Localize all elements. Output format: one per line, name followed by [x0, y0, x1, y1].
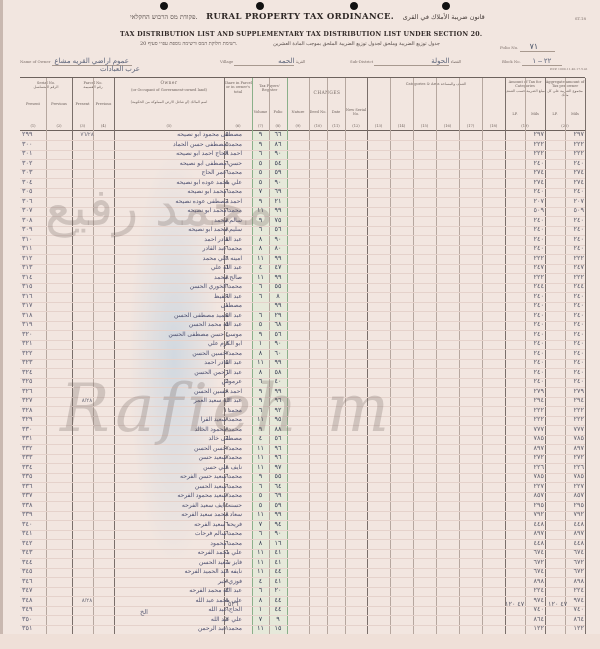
- share-cell: ٨: [220, 463, 234, 473]
- serial-number-cell: ٣٥٠: [22, 615, 46, 625]
- tax-amount-cell: ٢٩٤: [510, 396, 544, 406]
- parcel-number-cell: [72, 282, 102, 292]
- parcel-number-cell: [72, 482, 102, 492]
- tax-amount-cell: ٧٩٢: [510, 510, 544, 520]
- column-divider: [585, 78, 586, 634]
- serial-number-cell: ٣٠٤: [22, 178, 46, 188]
- tax-amount-cell: ٢٤٠: [510, 358, 544, 368]
- punch-hole: [442, 2, 450, 10]
- header-parcel-present: Present: [72, 102, 93, 106]
- volume-cell: ٨: [252, 349, 269, 359]
- volume-cell: ٥: [252, 491, 269, 501]
- share-cell: ٨: [220, 339, 234, 349]
- folio-cell: ٩٦: [269, 453, 287, 463]
- tax-amount-cell: ٢٢٢: [510, 273, 544, 283]
- folio-value: ٧١: [530, 42, 539, 51]
- share-total: ٥٢٦: [228, 600, 238, 608]
- tax-amount-cell: ٢٤٠: [510, 225, 544, 235]
- share-cell: ٢: [220, 586, 234, 596]
- volume-cell: ١١: [252, 510, 269, 520]
- volume-cell: ٨: [252, 539, 269, 549]
- tax-amount-cell: ٢٢٢: [510, 140, 544, 150]
- table-header: Serial No. الرقم المتسلسل Present Previo…: [20, 78, 585, 131]
- serial-number-cell: ٣١١: [22, 244, 46, 254]
- aggregate-tax-cell: ٢٢٤: [550, 586, 584, 596]
- folio-cell: ٢٩: [269, 311, 287, 321]
- aggregate-tax-cell: ٥٠٩: [550, 206, 584, 216]
- share-cell: ٦: [220, 168, 234, 178]
- serial-number-cell: ٣٠٩: [22, 225, 46, 235]
- aggregate-tax-cell: ٢٤٠: [550, 244, 584, 254]
- volume-cell: ١١: [252, 548, 269, 558]
- col-num-3: (3): [72, 124, 93, 128]
- share-cell: ٥: [220, 130, 234, 140]
- tax-amount-cell: ٢٤٠: [510, 159, 544, 169]
- tax-amount-cell: ٢٢٢: [510, 406, 544, 416]
- folio-cell: ٤١: [269, 577, 287, 587]
- subtitle-translations: רשימת חלוקת המס ורשימה נוספת עפ״י סעיף 2…: [140, 41, 440, 47]
- parcel-number-cell: [72, 244, 102, 254]
- header-owner-arabic: اسم المالك (او شاغل الارض المملوكة من ال…: [114, 100, 224, 104]
- volume-cell: ١١: [252, 453, 269, 463]
- serial-number-cell: ٣٤٦: [22, 577, 46, 587]
- parcel-number-cell: [72, 273, 102, 283]
- volume-cell: ٦: [252, 482, 269, 492]
- parcel-number-cell: [72, 624, 102, 634]
- subtitle-hebrew: רשימת חלוקת המס ורשימה נוספת עפ״י סעיף 2…: [140, 41, 237, 47]
- tax-amount-cell: ٤٤٨: [510, 520, 544, 530]
- aggregate-tax-cell: ٢٧٤: [550, 178, 584, 188]
- folio-cell: ٩: [269, 615, 287, 625]
- col-num-2: (2): [46, 124, 72, 128]
- folio-cell: ٤٤: [269, 567, 287, 577]
- aggregate-tax-cell: ٢٤٠: [550, 235, 584, 245]
- share-cell: ٦: [220, 282, 234, 292]
- tax-amount-cell: ٢٤٠: [510, 311, 544, 321]
- share-cell: ٨: [220, 273, 234, 283]
- title-english: RURAL PROPERTY TAX ORDINANCE.: [206, 12, 394, 22]
- parcel-number-cell: [72, 149, 102, 159]
- aggregate-tax-cell: ٢٤٠: [550, 377, 584, 387]
- parcel-number-cell: [72, 491, 102, 501]
- serial-number-cell: ٣٤٧: [22, 586, 46, 596]
- parcel-number-cell: [72, 577, 102, 587]
- title-arabic: قانون ضريبة الأملاك في القرى: [403, 13, 485, 21]
- folio-cell: ٩٠: [269, 529, 287, 539]
- punch-hole: [350, 2, 358, 10]
- serial-number-cell: ٣٤١: [22, 529, 46, 539]
- serial-number-cell: ٣٠١: [22, 149, 46, 159]
- owner-label: Name of Owner: [20, 59, 50, 64]
- tax-amount-cell: ٢٤٠: [510, 339, 544, 349]
- folio-cell: ٤٤: [269, 605, 287, 615]
- header-amount-mils: Mils: [525, 112, 545, 116]
- serial-number-cell: ٣٢١: [22, 339, 46, 349]
- aggregate-tax-cell: ٢٤٠: [550, 339, 584, 349]
- document-title: פקודת מס הרכוש החקלאי. RURAL PROPERTY TA…: [130, 12, 460, 22]
- tax-amount-cell: ٢٧٢: [510, 453, 544, 463]
- parcel-number-cell: [72, 320, 102, 330]
- volume-cell: ١١: [252, 358, 269, 368]
- share-cell: ٨: [220, 510, 234, 520]
- volume-cell: ١١: [252, 558, 269, 568]
- volume-cell: ٦: [252, 149, 269, 159]
- folio-field: Folio No. ٧١: [500, 42, 555, 52]
- aggregate-tax-cell: ١٢٢: [550, 624, 584, 634]
- volume-cell: ٩: [252, 130, 269, 140]
- folio-cell: ٩٠: [269, 339, 287, 349]
- serial-number-cell: ٣٣٧: [22, 491, 46, 501]
- aggregate-tax-cell: ٢٢٢: [550, 273, 584, 283]
- serial-number-cell: ٣٢٥: [22, 377, 46, 387]
- folio-cell: ٦٩: [269, 491, 287, 501]
- parcel-number-cell: [72, 539, 102, 549]
- folio-cell: ٩٧: [269, 463, 287, 473]
- subtitle-english: TAX DISTRIBUTION LIST AND SUPPLEMENTARY …: [120, 31, 440, 38]
- share-cell: ٨: [220, 149, 234, 159]
- aggregate-tax-cell: ٢٢٢: [550, 415, 584, 425]
- col-num-4: (4): [93, 124, 114, 128]
- parcel-number-cell: [72, 558, 102, 568]
- village-label: Village: [220, 59, 233, 64]
- folio-cell: ٥٩: [269, 168, 287, 178]
- volume-cell: ١: [252, 605, 269, 615]
- volume-cell: ١١: [252, 624, 269, 634]
- tax-amount-cell: ٢٧٤: [510, 168, 544, 178]
- aggregate-tax-cell: ٢٤٠: [550, 330, 584, 340]
- parcel-number-cell: [72, 472, 102, 482]
- aggregate-tax-cell: ٨٦٤: [550, 615, 584, 625]
- aggregate-tax-cell: ٢٧٩: [550, 387, 584, 397]
- signature: الخ: [140, 608, 148, 616]
- folio-cell: ١٦: [269, 539, 287, 549]
- tax-amount-cell: ٧٨٥: [510, 472, 544, 482]
- header-nature: Nature: [287, 110, 309, 114]
- tax-amount-cell: ٢٤٠: [510, 301, 544, 311]
- parcel-number-cell: ٧٦/٢٨: [72, 130, 102, 140]
- volume-cell: ٦: [252, 586, 269, 596]
- share-cell: ٥: [220, 358, 234, 368]
- aggregate-tax-cell: ٦٧٢: [550, 558, 584, 568]
- parcel-number-cell: [72, 453, 102, 463]
- share-cell: ٦: [220, 292, 234, 302]
- serial-number-cell: ٣٤٨: [22, 596, 46, 606]
- folio-cell: ٤٤: [269, 596, 287, 606]
- volume-cell: ٤: [252, 577, 269, 587]
- volume-cell: ٦: [252, 292, 269, 302]
- title-hebrew: פקודת מס הרכוש החקלאי.: [130, 13, 198, 21]
- header-owner: Owner: [114, 82, 224, 86]
- tax-amount-cell: ٢٤٠: [510, 187, 544, 197]
- folio-cell: ٩٠: [269, 149, 287, 159]
- parcel-number-cell: [72, 301, 102, 311]
- folio-cell: ٦٦: [269, 130, 287, 140]
- header-aggregate-lp: LP.: [545, 112, 565, 116]
- col-num-6: (6): [224, 124, 252, 128]
- tax-amount-cell: ٢٤٠: [510, 330, 544, 340]
- volume-cell: ٥: [252, 501, 269, 511]
- share-cell: ١: [220, 624, 234, 634]
- col-num-15: (15): [413, 124, 436, 128]
- aggregate-tax-cell: ٢٤٠: [550, 159, 584, 169]
- folio-cell: ٨٠: [269, 244, 287, 254]
- tax-distribution-table: Serial No. الرقم المتسلسل Present Previo…: [20, 78, 585, 634]
- aggregate-tax-cell: ٢٧٤: [550, 168, 584, 178]
- aggregate-tax-cell: ٢٧٢: [550, 453, 584, 463]
- share-cell: ٦: [220, 482, 234, 492]
- serial-number-cell: ٢٩٩: [22, 130, 46, 140]
- tax-amount-cell: ٢٤٠: [510, 244, 544, 254]
- village-value: الحمه: [278, 58, 294, 65]
- col-num-18: (18): [482, 124, 505, 128]
- header-deed-no: Deed No.: [309, 110, 327, 114]
- serial-number-cell: ٣٢٤: [22, 368, 46, 378]
- folio-cell: ١٥: [269, 624, 287, 634]
- serial-number-cell: ٣٠٨: [22, 216, 46, 226]
- tax-amount-cell: ٢٢٤: [510, 586, 544, 596]
- document-fields: Name of Owner عموم اراضي القريه مشاع عرب…: [20, 57, 585, 71]
- serial-number-cell: ٣٣٦: [22, 482, 46, 492]
- tax-amount-cell: ٢٠٧: [510, 197, 544, 207]
- volume-cell: ٦: [252, 282, 269, 292]
- aggregate-tax-cell: ٢٢٦: [550, 463, 584, 473]
- share-cell: ٦: [220, 529, 234, 539]
- aggregate-tax-cell: ٢٤٠: [550, 187, 584, 197]
- serial-number-cell: ٣١٠: [22, 235, 46, 245]
- share-cell: ٧: [220, 453, 234, 463]
- serial-number-cell: ٣٢٨: [22, 406, 46, 416]
- header-volume: Volume: [252, 110, 269, 114]
- amount-total: ٤٧ ١٢٠: [505, 600, 524, 608]
- serial-number-cell: ٣٠٦: [22, 197, 46, 207]
- aggregate-tax-cell: ٢٤٠: [550, 311, 584, 321]
- col-num-16: (16): [436, 124, 459, 128]
- volume-cell: [252, 301, 269, 311]
- folio-cell: ٥٤: [269, 159, 287, 169]
- folio-cell: ٩٩: [269, 301, 287, 311]
- serial-number-cell: ٣١٦: [22, 292, 46, 302]
- aggregate-tax-cell: ٢٤٠: [550, 349, 584, 359]
- aggregate-tax-cell: ٢٤٠: [550, 216, 584, 226]
- tax-amount-cell: ٧٧٧: [510, 425, 544, 435]
- parcel-number-cell: [72, 140, 102, 150]
- serial-number-cell: ٣١٧: [22, 301, 46, 311]
- col-num-10: (10): [309, 124, 327, 128]
- header-aggregate-mils: Mils: [565, 112, 585, 116]
- tax-amount-cell: ٢٢٢: [510, 415, 544, 425]
- volume-cell: ٨: [252, 244, 269, 254]
- aggregate-tax-cell: ٢٩٥: [550, 501, 584, 511]
- share-cell: ٤: [220, 501, 234, 511]
- sub-district-value: الحولة: [431, 58, 449, 65]
- share-cell: ٦: [220, 539, 234, 549]
- share-cell: ٦: [220, 254, 234, 264]
- subtitle-arabic: جدول توزيع الضريبة وملحق لجدول توزيع الض…: [273, 41, 440, 47]
- aggregate-tax-cell: ٢٤٠: [550, 301, 584, 311]
- share-cell: ٦: [220, 159, 234, 169]
- parcel-number-cell: [72, 292, 102, 302]
- tax-amount-cell: ٢٧٤: [510, 178, 544, 188]
- parcel-number-cell: [72, 510, 102, 520]
- volume-cell: ٦: [252, 311, 269, 321]
- printer-note: P.P.P. 1000-11.40-17.5.41: [550, 67, 588, 71]
- col-num-9: (9): [287, 124, 309, 128]
- parcel-number-cell: [72, 605, 102, 615]
- aggregate-tax-cell: ٢٤٧: [550, 263, 584, 273]
- serial-number-cell: ٣٢٠: [22, 330, 46, 340]
- serial-number-cell: ٣١٥: [22, 282, 46, 292]
- volume-cell: ٦: [252, 529, 269, 539]
- share-cell: ٦: [220, 472, 234, 482]
- tax-amount-cell: ٧٨٥: [510, 434, 544, 444]
- serial-number-cell: ٣٤٠: [22, 520, 46, 530]
- aggregate-tax-cell: ٢٠٧: [550, 197, 584, 207]
- col-num-13: (13): [367, 124, 390, 128]
- serial-number-cell: ٣١٩: [22, 320, 46, 330]
- parcel-number-cell: [72, 349, 102, 359]
- tax-amount-cell: ٢٤٠: [510, 292, 544, 302]
- serial-number-cell: ٣٣١: [22, 434, 46, 444]
- serial-number-cell: ٣٣٨: [22, 501, 46, 511]
- serial-number-cell: ٣١٨: [22, 311, 46, 321]
- parcel-number-cell: [72, 529, 102, 539]
- aggregate-tax-cell: ٦٧٢: [550, 567, 584, 577]
- col-num-1: (1): [20, 124, 46, 128]
- serial-number-cell: ٣٤٩: [22, 605, 46, 615]
- volume-cell: ٥: [252, 320, 269, 330]
- tax-amount-cell: ٤٤٨: [510, 539, 544, 549]
- tax-amount-cell: ٢٤٠: [510, 377, 544, 387]
- tax-amount-cell: ٨٩٧: [510, 444, 544, 454]
- share-cell: ٥: [220, 320, 234, 330]
- volume-cell: ٧: [252, 615, 269, 625]
- parcel-number-cell: [72, 263, 102, 273]
- aggregate-tax-cell: ٢٤٠: [550, 320, 584, 330]
- volume-cell: ٥: [252, 168, 269, 178]
- block-field: Block No. ٢٢ – ١: [502, 57, 562, 66]
- aggregate-tax-cell: ٢٢٢: [550, 149, 584, 159]
- parcel-number-cell: [72, 586, 102, 596]
- header-serial-previous: Previous: [46, 102, 72, 106]
- aggregate-tax-cell: ٢٤٠: [550, 292, 584, 302]
- form-code: ST.18: [575, 16, 586, 21]
- parcel-number-cell: [72, 463, 102, 473]
- serial-number-cell: ٣٣٣: [22, 453, 46, 463]
- sub-district-field: Sub-District الحولة القضاء: [350, 57, 461, 66]
- sub-district-label: Sub-District: [350, 59, 373, 64]
- serial-number-cell: ٣٢٢: [22, 349, 46, 359]
- tax-amount-cell: ٢٤٠: [510, 235, 544, 245]
- share-cell: ٨: [220, 577, 234, 587]
- header-date: Date: [327, 110, 345, 114]
- aggregate-tax-cell: ٨٥٧: [550, 491, 584, 501]
- volume-cell: ١١: [252, 567, 269, 577]
- header-new-serial: New Serial No.: [345, 108, 367, 117]
- serial-number-cell: ٣١٣: [22, 263, 46, 273]
- folio-cell: ٥٩: [269, 501, 287, 511]
- tax-amount-cell: ٢٢٢: [510, 254, 544, 264]
- parcel-number-cell: [72, 339, 102, 349]
- share-cell: ١: [220, 301, 234, 311]
- tax-amount-cell: ٢٩٥: [510, 501, 544, 511]
- serial-number-cell: ٣٣٩: [22, 510, 46, 520]
- folio-cell: ٩٩: [269, 254, 287, 264]
- aggregate-tax-cell: ٢٤٤: [550, 282, 584, 292]
- page-bottom-margin: [0, 634, 600, 649]
- share-cell: ٦: [220, 558, 234, 568]
- parcel-number-cell: [72, 358, 102, 368]
- parcel-number-cell: [72, 548, 102, 558]
- tax-amount-cell: ٨٦٤: [510, 615, 544, 625]
- volume-cell: ١١: [252, 273, 269, 283]
- serial-number-cell: ٣٠٣: [22, 168, 46, 178]
- tax-amount-cell: ٢٢٦: [510, 463, 544, 473]
- watermark-arabic: محمد رفيع: [45, 178, 274, 238]
- col-num-7: (7): [252, 124, 269, 128]
- owner-second-line: عرب العبادات: [100, 65, 140, 73]
- owner-value: عموم اراضي القريه مشاع: [54, 58, 129, 65]
- tax-amount-cell: ٢٤٠: [510, 349, 544, 359]
- serial-number-cell: ٣٢٣: [22, 358, 46, 368]
- aggregate-tax-cell: ٢٢٢: [550, 254, 584, 264]
- col-num-8: (8): [269, 124, 287, 128]
- volume-cell: ٧: [252, 520, 269, 530]
- aggregate-tax-cell: ٤٤٨: [550, 539, 584, 549]
- tax-amount-cell: ٢٧٩: [510, 387, 544, 397]
- serial-number-cell: ٣٥١: [22, 624, 46, 634]
- header-share: Share in Parcel or in owner's total: [224, 81, 252, 94]
- volume-cell: ٨: [252, 596, 269, 606]
- header-amount-lp: LP.: [505, 112, 525, 116]
- aggregate-tax-cell: ٢٤٠: [550, 368, 584, 378]
- folio-cell: ٩٩: [269, 273, 287, 283]
- parcel-number-cell: [72, 615, 102, 625]
- aggregate-tax-cell: ٢٤٠: [550, 225, 584, 235]
- folio-cell: ٩٩: [269, 358, 287, 368]
- tax-amount-cell: ٦٧٢: [510, 558, 544, 568]
- volume-cell: ١١: [252, 463, 269, 473]
- block-value: ٢٢ – ١: [532, 58, 551, 65]
- serial-number-cell: ٣٠٢: [22, 159, 46, 169]
- serial-number-cell: ٣٣٥: [22, 472, 46, 482]
- share-cell: ٧: [220, 349, 234, 359]
- serial-number-cell: ٣٢٧: [22, 396, 46, 406]
- folio-cell: ٩٤: [269, 520, 287, 530]
- parcel-number-cell: [72, 330, 102, 340]
- page-edge: [0, 0, 3, 649]
- header-owner-detail: (or Occupant of Government-owned land): [114, 88, 224, 92]
- serial-number-cell: ٣١٤: [22, 273, 46, 283]
- tax-amount-cell: ٢٢٢: [510, 149, 544, 159]
- tax-amount-cell: ٢٤٧: [510, 263, 544, 273]
- folio-cell: ٦٨: [269, 320, 287, 330]
- folio-cell: ٤٧: [269, 263, 287, 273]
- col-num-11: (11): [327, 124, 345, 128]
- col-num-5: (5): [114, 124, 224, 128]
- parcel-number-cell: [72, 311, 102, 321]
- folio-cell: ٥٥: [269, 472, 287, 482]
- serial-number-cell: ٣٣٢: [22, 444, 46, 454]
- document-page: פקודת מס הרכוש החקלאי. RURAL PROPERTY TA…: [0, 0, 600, 649]
- parcel-number-cell: [72, 520, 102, 530]
- parcel-number-cell: [72, 254, 102, 264]
- tax-amount-cell: ٦٧٤: [510, 567, 544, 577]
- share-cell: ٦: [220, 548, 234, 558]
- watermark-latin: Rafieh m: [60, 370, 393, 447]
- punch-hole: [256, 2, 264, 10]
- share-cell: ٥: [220, 311, 234, 321]
- folio-cell: ٦٠: [269, 349, 287, 359]
